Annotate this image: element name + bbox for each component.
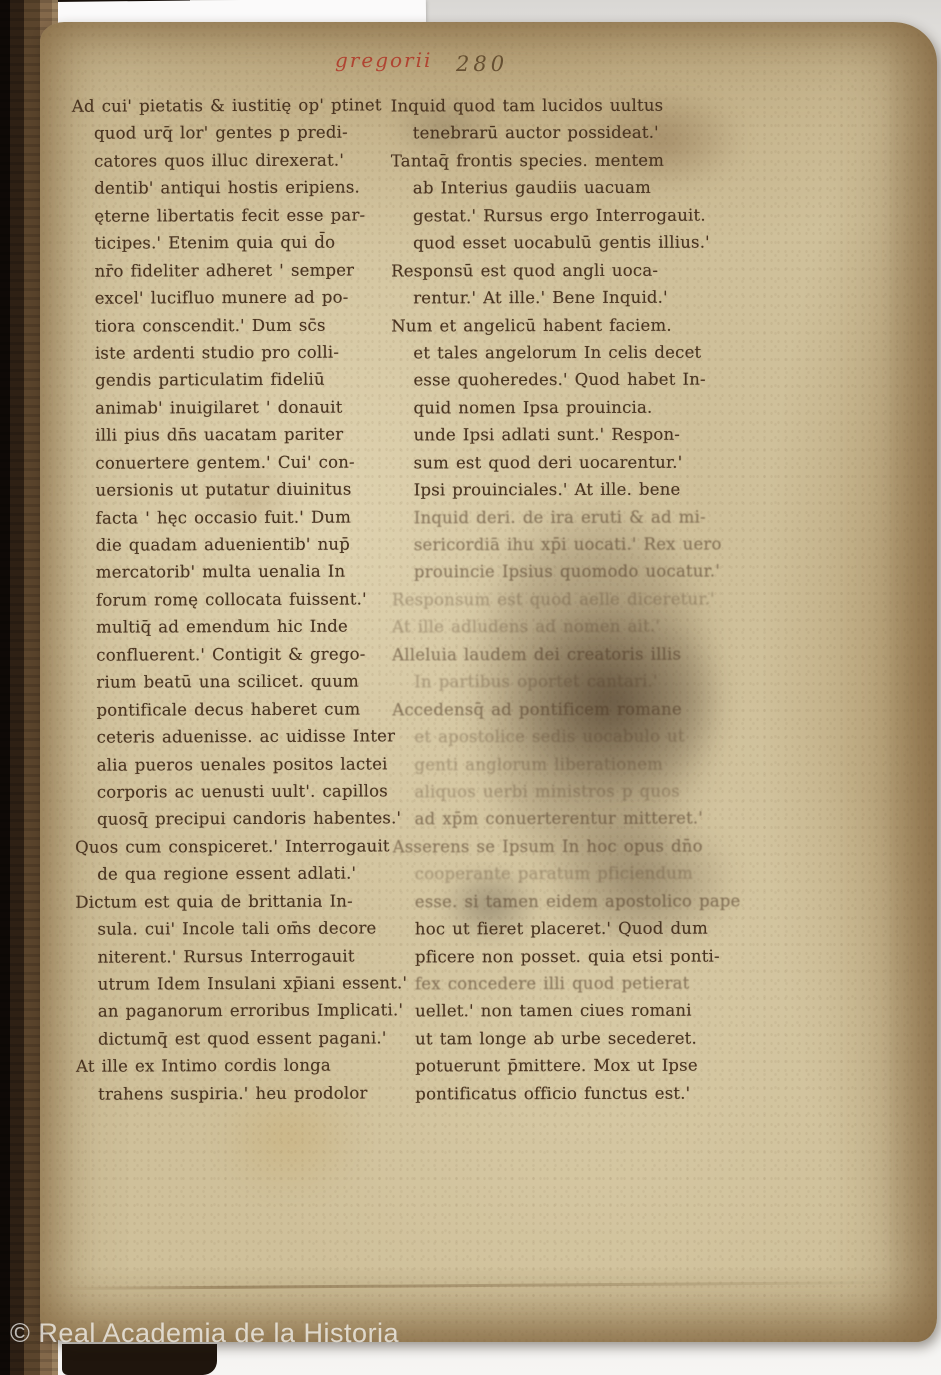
running-title-red: gregorii [335, 48, 432, 72]
text-line: cooperante paratum pficiendum [393, 860, 738, 888]
text-line: forum romę collocata fuissent.' [74, 585, 419, 614]
text-line: ęterne libertatis fecit esse par- [72, 201, 417, 230]
text-line: sum est quod deri uocarentur.' [392, 448, 737, 476]
text-line: Accedensq̄ ad pontificem romane [392, 695, 737, 723]
text-line: prouincie Ipsius quomodo uocatur.' [392, 558, 737, 586]
text-line: de qua regione essent adlati.' [75, 859, 420, 888]
text-line: catores quos illuc direxerat.' [72, 146, 417, 175]
text-line: Responsū est quod angli uoca- [391, 256, 736, 284]
text-line: unde Ipsi adlati sunt.' Respon- [392, 421, 737, 449]
text-line: esse. si tamen eidem apostolico pape [393, 887, 738, 915]
text-line: potuerunt p̄mittere. Mox ut Ipse [393, 1052, 738, 1080]
text-line: Inquid deri. de ira eruti & ad mi- [392, 503, 737, 531]
text-line: quod urq̄ lor' gentes p predi- [72, 119, 417, 148]
text-line: utrum Idem Insulani xp̄iani essent.' [76, 969, 421, 998]
text-line: facta ' hęc occasio fuit.' Dum [74, 503, 419, 532]
text-line: sericordiā ihu xp̄i uocati.' Rex uero [392, 531, 737, 559]
text-line: ab Interius gaudiis uacuam [391, 174, 736, 202]
text-line: Dictum est quia de brittania In- [75, 887, 420, 916]
text-line: quid nomen Ipsa prouincia. [391, 393, 736, 421]
text-line: quod esset uocabulū gentis illius.' [391, 229, 736, 257]
text-line: Inquid quod tam lucidos uultus [391, 92, 736, 120]
text-line: dentib' antiqui hostis eripiens. [72, 174, 417, 203]
text-line: corporis ac uenusti uult'. capillos [75, 777, 420, 806]
text-line: ut tam longe ab urbe secederet. [393, 1024, 738, 1052]
photograph-background: gregorii 280 Ad cui' pietatis & iustitię… [0, 0, 941, 1375]
text-line: rium beatū una scilicet. quum [74, 667, 419, 696]
text-line: fex concedere illi quod petierat [393, 970, 738, 998]
text-line: Ipsi prouinciales.' At ille. bene [392, 476, 737, 504]
text-line: nr̄o fideliter adheret ' semper [73, 256, 418, 285]
text-line: rentur.' At ille.' Bene Inquid.' [391, 284, 736, 312]
text-line: ticipes.' Etenim quia qui d̄o [72, 228, 417, 257]
text-line: gestat.' Rursus ergo Interrogauit. [391, 201, 736, 229]
text-line: Quos cum conspiceret.' Interrogauit [75, 832, 420, 861]
text-line: animab' inuigilaret ' donauit [73, 393, 418, 422]
text-line: ceteris aduenisse. ac uidisse Inter [75, 722, 420, 751]
text-line: tiora conscendit.' Dum sc̄s [73, 311, 418, 340]
text-column-left: Ad cui' pietatis & iustitię op' ptinetqu… [72, 91, 421, 1108]
text-line: iste ardenti studio pro colli- [73, 338, 418, 367]
text-line: At ille adludens ad nomen ait.' [392, 613, 737, 641]
text-line: et tales angelorum In celis decet [391, 338, 736, 366]
text-line: trahens suspiria.' heu prodolor [76, 1079, 421, 1108]
text-line: quosq̄ precipui candoris habentes.' [75, 805, 420, 834]
parchment-crease [58, 1281, 901, 1290]
text-line: uellet.' non tamen ciues romani [393, 997, 738, 1025]
text-line: an paganorum erroribus Implicati.' [76, 997, 421, 1026]
text-line: pontificatus officio functus est.' [393, 1079, 738, 1107]
text-column-right: Inquid quod tam lucidos uultustenebrarū … [391, 92, 739, 1108]
text-line: Tantaq̄ frontis species. mentem [391, 146, 736, 174]
text-line: esse quoheredes.' Quod habet In- [391, 366, 736, 394]
text-line: At ille ex Intimo cordis longa [76, 1052, 421, 1081]
text-line: illi pius dn̄s uacatam pariter [73, 420, 418, 449]
text-line: uersionis ut putatur diuinitus [73, 475, 418, 504]
text-line: et apostolice sedis uocabulo ut [392, 723, 737, 751]
text-line: Ad cui' pietatis & iustitię op' ptinet [72, 91, 417, 120]
text-line: die quadam aduenientib' nup̄ [74, 530, 419, 559]
text-line: In partibus oportet cantari.' [392, 668, 737, 696]
text-line: tenebrarū auctor possideat.' [391, 119, 736, 147]
text-line: mercatorib' multa uenalia In [74, 558, 419, 587]
text-line: pficere non posset. quia etsi ponti- [393, 942, 738, 970]
watermark: © Real Academia de la Historia [10, 1318, 399, 1349]
text-line: Num et angelicū habent faciem. [391, 311, 736, 339]
text-line: Responsum est quod aelle diceretur.' [392, 585, 737, 613]
text-line: multiq̄ ad emendum hic Inde [74, 613, 419, 642]
text-line: ad xp̄m conuerterentur mitteret.' [393, 805, 738, 833]
text-line: hoc ut fieret placeret.' Quod dum [393, 915, 738, 943]
text-line: excel' lucifluo munere ad po- [73, 283, 418, 312]
text-line: alia pueros uenales positos lactei [75, 750, 420, 779]
text-line: aliquos uerbi ministros p quos [392, 777, 737, 805]
text-line: genti anglorum liberationem [392, 750, 737, 778]
text-line: conuertere gentem.' Cui' con- [73, 448, 418, 477]
text-line: pontificale decus haberet cum [74, 695, 419, 724]
folio-number: 280 [456, 52, 508, 76]
text-line: gendis particulatim fideliū [73, 366, 418, 395]
text-line: Alleluia laudem dei creatoris illis [392, 640, 737, 668]
manuscript-page: gregorii 280 Ad cui' pietatis & iustitię… [40, 22, 937, 1342]
text-line: niterent.' Rursus Interrogauit [75, 942, 420, 971]
text-line: confluerent.' Contigit & grego- [74, 640, 419, 669]
text-line: Asserens se Ipsum In hoc opus dn̄o [393, 832, 738, 860]
text-line: sula. cui' Incole tali om̄s decore [75, 914, 420, 943]
text-line: dictumq̄ est quod essent pagani.' [76, 1024, 421, 1053]
